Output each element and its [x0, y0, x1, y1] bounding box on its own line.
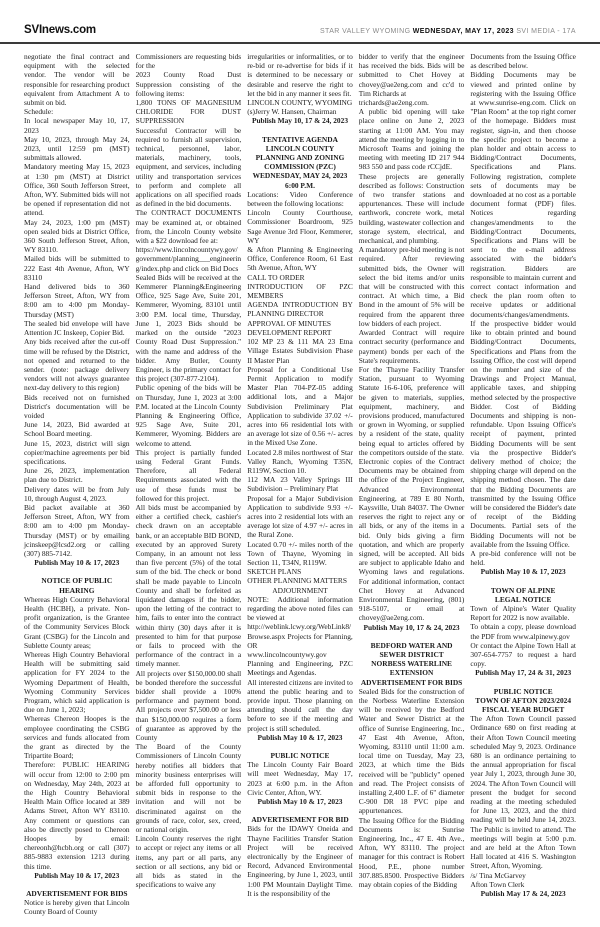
notice-paragraph: Mandatory meeting May 15, 2023 at 1:30 p…: [24, 162, 130, 217]
notice-paragraph: All projects over $150,000.00 shall be b…: [136, 669, 242, 743]
notice-paragraph: & Afton Planning & Engineering Office, C…: [247, 245, 353, 273]
notice-paragraph: Awarded Contract will require contract s…: [359, 328, 465, 365]
notice-paragraph: http://weblink.lcwy.org/WebLink8/Browse.…: [247, 622, 353, 650]
notice-column-1: negotiate the final contract and equipme…: [24, 52, 130, 921]
issue-date: WEDNESDAY, MAY 17, 2023: [413, 28, 514, 35]
centered-line: ADJOURNMENT: [247, 586, 353, 595]
notice-paragraph: Schedule:: [24, 107, 130, 116]
notice-paragraph: irregularities or informalities, or to r…: [247, 52, 353, 98]
notice-paragraph: Any bids received after the cut-off time…: [24, 337, 130, 392]
notice-paragraph: Bidding Documents may be viewed and prin…: [470, 70, 576, 549]
notice-paragraph: Or contact the Alpine Town Hall at 307-6…: [470, 641, 576, 669]
notice-column-5: Documents from the Issuing Office as des…: [470, 52, 576, 921]
notice-paragraph: Whereas Chereon Hoopes is the employee c…: [24, 714, 130, 760]
publish-line: Publish May 17, 24 & 31, 2023: [470, 668, 576, 677]
notice-paragraph: negotiate the final contract and equipme…: [24, 52, 130, 107]
notice-paragraph: Whereas High Country Behavioral Health (…: [24, 595, 130, 650]
publish-line: Publish May 10 & 17, 2023: [24, 558, 130, 567]
notice-paragraph: Successful Contractor will be required t…: [136, 126, 242, 209]
notice-paragraph: NOTE: Additional information regarding t…: [247, 595, 353, 623]
notice-paragraph: INTRODUCTION OF PZC MEMBERS: [247, 282, 353, 300]
notice-paragraph: trichards@ae2eng.com.: [359, 98, 465, 107]
notice-paragraph: For the Thayne Facility Transfer Station…: [359, 365, 465, 457]
notice-heading: ADVERTISEMENT FOR BID: [247, 815, 353, 824]
notice-paragraph: /s/ Tina McGarvey: [470, 871, 576, 880]
notice-paragraph: Town of Alpine's Water Quality Report fo…: [470, 604, 576, 622]
notice-paragraph: The CONTRACT DOCUMENTS may be examined a…: [136, 208, 242, 245]
notice-paragraph: LINCOLN COUNTY, WYOMING: [247, 98, 353, 107]
newspaper-page: SVInews.com STAR VALLEY WYOMING WEDNESDA…: [0, 0, 600, 927]
issue-edition: SVI MEDIA - 17A: [516, 28, 576, 35]
notice-paragraph: Proposal for a Major Subdivision Applica…: [247, 494, 353, 540]
publish-line: Publish May 10, 17 & 24, 2023: [359, 623, 465, 632]
notice-paragraph: Delivery dates will be from July 10, thr…: [24, 485, 130, 503]
issue-line: STAR VALLEY WYOMING WEDNESDAY, MAY 17, 2…: [320, 28, 576, 35]
notice-paragraph: The Board of the County Commissioners of…: [136, 742, 242, 834]
notice-paragraph: June 26, 2023, implementation plan due t…: [24, 466, 130, 484]
notice-heading: BEDFORD WATER AND SEWER DISTRICT NORBESS…: [359, 641, 465, 687]
masthead: SVInews.com STAR VALLEY WYOMING WEDNESDA…: [24, 24, 576, 36]
publish-line: Publish May 10 & 17, 2023: [247, 797, 353, 806]
notice-heading: TENTATIVE AGENDA LINCOLN COUNTY PLANNING…: [247, 135, 353, 190]
notice-paragraph: Sealed Bids will be received at the Kemm…: [136, 273, 242, 383]
notice-paragraph: June 14, 2023, Bid awarded at School Boa…: [24, 420, 130, 438]
legal-notices-columns: negotiate the final contract and equipme…: [24, 52, 576, 921]
notice-column-4: bidder to verify that the engineer has r…: [359, 52, 465, 921]
notice-paragraph: Electronic copies of the Contract Docume…: [359, 457, 465, 623]
notice-paragraph: Bids received not on furnished District'…: [24, 393, 130, 421]
notice-paragraph: Sealed Bids for the construction of the …: [359, 687, 465, 816]
notice-paragraph: Public opening of the bids will be on Th…: [136, 383, 242, 447]
notice-paragraph: Commissioners are requesting bids for th…: [136, 52, 242, 70]
notice-paragraph: The sealed bid envelope will have Attent…: [24, 319, 130, 337]
notice-paragraph: AGENDA INTRODUCTION BY PLANNING DIRECTOR: [247, 300, 353, 318]
notice-paragraph: Locations: Video Conference between the …: [247, 190, 353, 208]
notice-paragraph: May 10, 2023, through May 24, 2023, unti…: [24, 135, 130, 163]
notice-heading: PUBLIC NOTICE TOWN OF AFTON 2023/2024 FI…: [470, 687, 576, 715]
notice-paragraph: A public bid opening will take place onl…: [359, 107, 465, 171]
notice-paragraph: Bid packet available at 360 Jefferson St…: [24, 503, 130, 558]
notice-paragraph: Mailed bids will be submitted to 222 Eas…: [24, 254, 130, 282]
notice-paragraph: SKETCH PLANS: [247, 567, 353, 576]
notice-paragraph: A mandatory pre-bid meeting is not requi…: [359, 245, 465, 328]
notice-paragraph: www.lincolncountywy.gov Planning and Eng…: [247, 650, 353, 678]
notice-paragraph: Therefore: PUBLIC HEARING will occur fro…: [24, 760, 130, 870]
notice-paragraph: Located 2.8 miles northwest of Star Vall…: [247, 448, 353, 476]
notice-paragraph: The Issuing Office for the Bidding Docum…: [359, 816, 465, 890]
notice-paragraph: Documents from the Issuing Office as des…: [470, 52, 576, 70]
notice-column-2: Commissioners are requesting bids for th…: [136, 52, 242, 921]
notice-heading: PUBLIC NOTICE: [247, 751, 353, 760]
publish-line: Publish May 10 & 17, 2023: [470, 567, 576, 576]
notice-paragraph: All bids must be accompanied by either a…: [136, 503, 242, 669]
notice-heading: ADVERTISEMENT FOR BIDS: [24, 889, 130, 898]
notice-paragraph: APPROVAL OF MINUTES: [247, 319, 353, 328]
notice-paragraph: OTHER PLANNING MATTERS: [247, 576, 353, 585]
notice-paragraph: (s)Jerry W. Hansen, Chairman: [247, 107, 353, 116]
notice-paragraph: 1,800 TONS OF MAGNESIUM CHLORIDE FOR DUS…: [136, 98, 242, 126]
notice-paragraph: All interested citizens are invited to a…: [247, 678, 353, 733]
publish-line: Publish May 10, 17 & 24, 2023: [247, 116, 353, 125]
notice-paragraph: Whereas High Country Behavioral Health w…: [24, 650, 130, 714]
publish-line: Publish May 10 & 17, 2023: [247, 733, 353, 742]
notice-paragraph: These projects are generally described a…: [359, 172, 465, 246]
notice-paragraph: Afton Town Clerk: [470, 880, 576, 889]
notice-paragraph: Hand delivered bids to 360 Jefferson Str…: [24, 282, 130, 319]
site-logo: SVInews.com: [24, 24, 96, 36]
notice-paragraph: June 15, 2023, district will sign copier…: [24, 439, 130, 467]
notice-paragraph: 112 MA 23 Valley Springs III Subdivision…: [247, 475, 353, 493]
notice-paragraph: https://www.lincolncountywy.gov/governme…: [136, 245, 242, 273]
notice-paragraph: In local newspaper May 10, 17, 2023: [24, 116, 130, 134]
notice-paragraph: CALL TO ORDER: [247, 273, 353, 282]
notice-paragraph: The Lincoln County Fair Board will meet …: [247, 760, 353, 797]
notice-paragraph: This project is partially funded using F…: [136, 448, 242, 503]
notice-paragraph: To obtain a copy, please download the PD…: [470, 622, 576, 640]
publish-line: Publish May 10 & 17, 2023: [24, 871, 130, 880]
notice-heading: TOWN OF ALPINE LEGAL NOTICE: [470, 586, 576, 604]
issue-region: STAR VALLEY WYOMING: [320, 28, 410, 35]
notice-paragraph: DEVELOPMENT REPORT: [247, 328, 353, 337]
notice-paragraph: The Afton Town Council passed Ordinance …: [470, 714, 576, 870]
notice-paragraph: 2023 County Road Dust Suppression consis…: [136, 70, 242, 98]
notice-paragraph: A pre-bid conference will not be held.: [470, 549, 576, 567]
notice-heading: NOTICE OF PUBLIC HEARING: [24, 576, 130, 594]
publish-line: Publish May 17 & 24, 2023: [470, 889, 576, 898]
notice-paragraph: Lincoln County reserves the right to acc…: [136, 834, 242, 889]
notice-paragraph: May 24, 2023, 1:00 pm (MST) open sealed …: [24, 218, 130, 255]
masthead-divider: [0, 42, 600, 44]
notice-paragraph: Bids for the IDAWY Oneida and Thayne Fac…: [247, 824, 353, 898]
notice-paragraph: Located 0.70 +/- miles north of the Town…: [247, 540, 353, 568]
notice-column-3: irregularities or informalities, or to r…: [247, 52, 353, 921]
notice-paragraph: Proposal for a Conditional Use Permit Ap…: [247, 365, 353, 448]
notice-paragraph: Lincoln County Courthouse, Commissioner …: [247, 208, 353, 245]
notice-paragraph: Notice is hereby given that Lincoln Coun…: [24, 898, 130, 916]
notice-paragraph: 102 MP 23 & 111 MA 23 Etna Village Estat…: [247, 337, 353, 365]
notice-paragraph: bidder to verify that the engineer has r…: [359, 52, 465, 98]
